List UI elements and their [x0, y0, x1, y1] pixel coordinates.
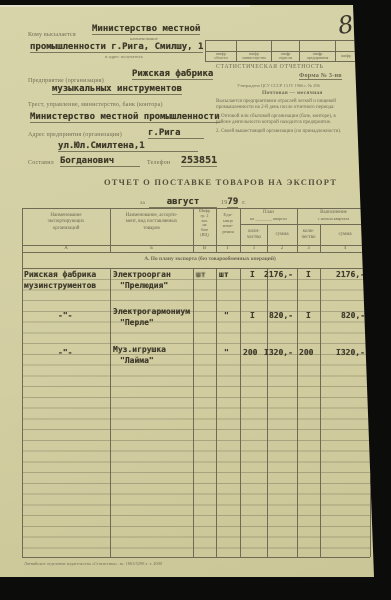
handwritten-page-number: 8 [336, 10, 355, 40]
period-year: 79 [227, 197, 238, 208]
row2-org-ditto: -"- [58, 311, 72, 320]
row2-item-line2: "Перле" [120, 318, 154, 327]
phone-value: 253851 [181, 155, 217, 167]
code-grid-label: шифр отрасли [272, 52, 300, 62]
instruction-item-1: 1. Оптовой или сбытовой организации (баз… [216, 114, 350, 127]
row3-item-line1: Муз.игрушка [113, 345, 166, 354]
period-prefix: за [140, 200, 145, 206]
instructions-intro: Высылается предприятиями отраслей легкой… [216, 99, 350, 112]
code-cell [336, 41, 357, 52]
row2-plan-qty: I [250, 311, 255, 320]
col-number-v: В [194, 246, 215, 252]
row1-item-line2: "Прелюдия" [120, 281, 168, 290]
header-goods-column: Наименование, ассорти- мент, вид поставл… [112, 213, 191, 232]
recipient-label: Кому высылается [28, 32, 76, 38]
mailing-instructions: Высылается предприятиями отраслей легкой… [216, 99, 350, 135]
header-org-column: Наименование экспортирующих организаций [24, 213, 108, 232]
header-plan-qty: коли- чество [241, 229, 267, 242]
row1-fact-sum: 2176,- [336, 270, 365, 279]
address-value-line1: г.Рига [148, 128, 204, 139]
code-cell [300, 41, 336, 52]
section-a-heading: А. По плану экспорта (без товарообменных… [110, 256, 310, 263]
row1-plan-qty: I [250, 270, 255, 279]
row1-unit: шт [219, 270, 229, 279]
col-number-1: 1 [241, 246, 267, 252]
compiler-label: Составил [28, 160, 54, 166]
compiler-value: Богданович [60, 156, 140, 167]
row2-fact-sum: 820,- [341, 311, 365, 320]
code-cell [272, 41, 300, 52]
row2-item-line1: Электрогармониум [113, 307, 190, 316]
table-body-ruled-lines [22, 268, 370, 557]
row1-org-line1: Рижская фабрика [24, 270, 96, 279]
row2-fact-qty: I [306, 311, 311, 320]
col-number-a: А [24, 246, 108, 252]
document-paper: 8 Кому высылается Министерство местной н… [0, 5, 374, 577]
row3-item-line2: "Лайма" [120, 356, 154, 365]
row2-plan-sum: 820,- [269, 311, 293, 320]
row3-fact-sum: I320,- [336, 348, 365, 357]
row3-unit-ditto: " [224, 348, 229, 357]
table-hline [22, 268, 370, 269]
trust-value: Министерство местной промышленности [30, 112, 220, 123]
recipient-hint-2: и адрес получателя [105, 54, 143, 59]
row3-plan-qty: 200 [243, 348, 257, 357]
form-number: Форма № 3-нв [299, 72, 342, 80]
header-plan-sum: сумма [268, 232, 296, 238]
paper-top-edge-highlight [0, 5, 250, 7]
recipient-value-line1: Министерство местной [92, 24, 200, 35]
row2-unit-ditto: " [224, 311, 229, 320]
enterprise-value-line1: Рижская фабрика [132, 69, 213, 80]
table-vline [193, 268, 194, 557]
report-title: ОТЧЕТ О ПОСТАВКЕ ТОВАРОВ НА ЭКСПОРТ [104, 177, 337, 187]
printer-imprint: Латвийское отделение издательства «Стати… [24, 561, 162, 566]
header-fact-qty: коли- чество [298, 229, 319, 242]
scan-background: { "annotations": { "handwritten_number":… [0, 0, 391, 600]
table-vline [110, 268, 111, 557]
trust-label: Трест, управление, министерство, банк (к… [28, 102, 163, 108]
row1-plan-sum: 2176,- [264, 270, 293, 279]
header-fact-sum: сумма [321, 232, 369, 238]
report-period: за август 1979 г. [140, 191, 246, 209]
row1-org-line2: музинструментов [24, 281, 96, 290]
enterprise-value-line2: музыкальных инструментов [52, 84, 182, 95]
header-plan-group-line2: на ________ квартал [241, 216, 296, 221]
code-grid-label-row: шифр области шифр министерства шифр отра… [206, 52, 357, 62]
code-grid: шифр области шифр министерства шифр отра… [205, 40, 357, 62]
col-number-4: 4 [321, 246, 369, 252]
table-vline [216, 268, 217, 557]
periodicity-label: Почтовая — месячная [262, 90, 323, 96]
table-vline [370, 208, 371, 557]
address-label: Адрес предприятия (организации) [28, 132, 122, 138]
statistical-reporting-label: СТАТИСТИЧЕСКАЯ ОТЧЕТНОСТЬ [216, 64, 323, 70]
col-number-g: Г [217, 246, 239, 252]
table-hline [22, 557, 370, 558]
row1-item-line1: Электроорган [113, 270, 171, 279]
row3-fact-qty: 200 [299, 348, 313, 357]
recipient-hint-1: наименование [130, 36, 158, 41]
code-cell [206, 41, 237, 52]
year-suffix: г. [242, 200, 246, 206]
col-number-3: 3 [298, 246, 319, 252]
code-grid-label: шифр предприятия [300, 52, 336, 62]
row3-plan-sum: I320,- [264, 348, 293, 357]
recipient-value-line2: промышленности г.Рига, Смилшу, 1 [30, 42, 203, 53]
address-value-line2: ул.Юл.Смилтена,1 [58, 141, 198, 152]
table-vline [267, 268, 268, 557]
code-cell [237, 41, 272, 52]
header-code-column: Шифр гр. 2 зап. на базе (ВЦ) [194, 209, 215, 238]
instruction-item-2: 2. Своей вышестоящей организации (по при… [216, 129, 350, 135]
code-grid-label: шифр [336, 52, 357, 62]
table-vline [240, 268, 241, 557]
code-grid-label: шифр министерства [237, 52, 272, 62]
approved-by-line: Утверждена ЦСУ СССР 13 IV 1966 г. № 296 [237, 83, 320, 88]
header-done-group-line2: с начала квартала [298, 216, 369, 221]
row3-org-ditto: -"- [58, 348, 72, 357]
table-hline [240, 224, 370, 225]
row1-code: шт [196, 270, 206, 279]
period-month: август [149, 197, 217, 208]
col-number-2: 2 [268, 246, 296, 252]
phone-label: Телефон [147, 160, 170, 166]
table-vline [22, 208, 23, 557]
code-grid-empty-row [206, 41, 357, 52]
table-vline [320, 268, 321, 557]
col-number-b: Б [112, 246, 191, 252]
row1-fact-qty: I [306, 270, 311, 279]
table-vline [297, 268, 298, 557]
header-unit-column: Еди- ница изме- рения [217, 212, 239, 235]
code-grid-label: шифр области [206, 52, 237, 62]
